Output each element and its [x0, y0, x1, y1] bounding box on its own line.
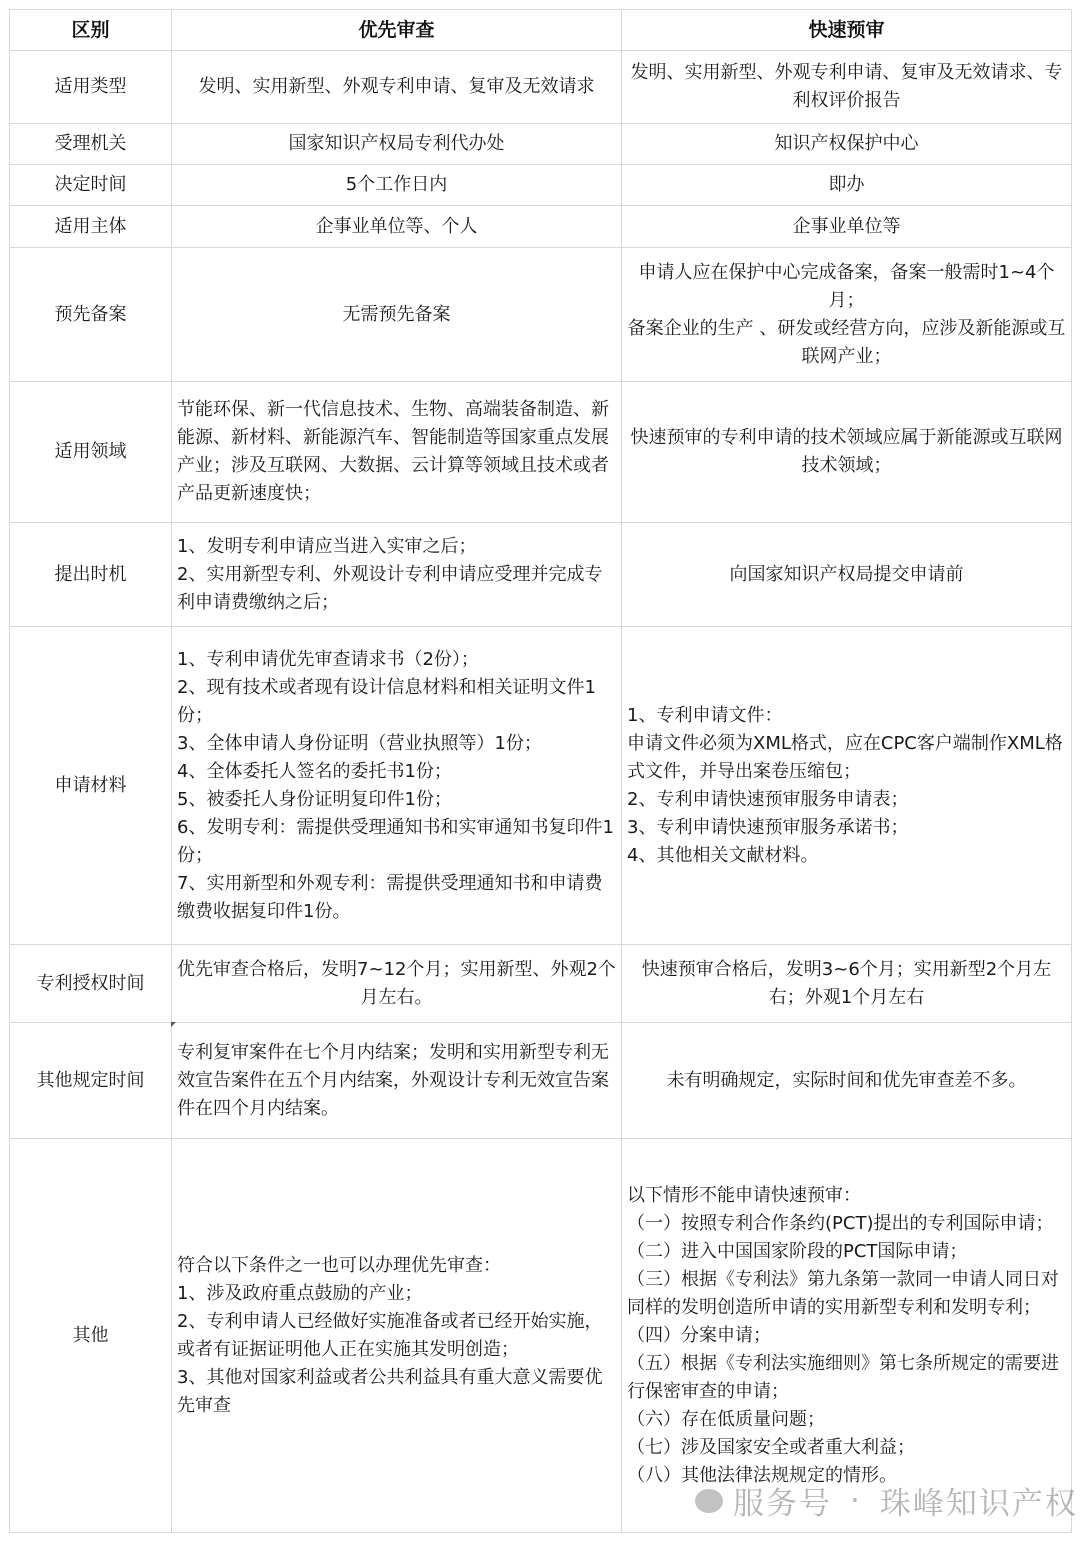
cell-line: 7、实用新型和外观专利：需提供受理通知书和申请费缴费收据复印件1份。: [177, 870, 616, 926]
row-label: 适用主体: [10, 206, 172, 248]
table-header-row: 区别 优先审查 快速预审: [10, 10, 1072, 51]
cell-line: 即办: [627, 171, 1066, 199]
cell-line: 快速预审合格后，发明3~6个月；实用新型2个月左右；外观1个月左右: [627, 956, 1066, 1012]
fast-cell: 知识产权保护中心: [622, 124, 1072, 165]
cell-line: 申请人应在保护中心完成备案，备案一般需时1~4个月；: [627, 259, 1066, 315]
priority-cell: 1、专利申请优先审查请求书（2份）；2、现有技术或者现有设计信息材料和相关证明文…: [172, 627, 622, 945]
cell-line: 知识产权保护中心: [627, 130, 1066, 158]
comparison-table-container: 区别 优先审查 快速预审 适用类型发明、实用新型、外观专利申请、复审及无效请求发…: [9, 9, 1071, 1533]
priority-cell: 国家知识产权局专利代办处: [172, 124, 622, 165]
cell-line: （一）按照专利合作条约(PCT)提出的专利国际申请；: [627, 1210, 1066, 1238]
cell-line: 2、专利申请快速预审服务申请表；: [627, 786, 1066, 814]
cell-line: 6、发明专利：需提供受理通知书和实审通知书复印件1份；: [177, 814, 616, 870]
cell-line: 以下情形不能申请快速预审：: [627, 1182, 1066, 1210]
cell-line: 4、全体委托人签名的委托书1份；: [177, 758, 616, 786]
priority-cell: 专利复审案件在七个月内结案；发明和实用新型专利无效宣告案件在五个月内结案，外观设…: [172, 1023, 622, 1139]
row-label: 适用领域: [10, 382, 172, 523]
cell-line: 快速预审的专利申请的技术领域应属于新能源或互联网技术领域；: [627, 424, 1066, 480]
cell-line: 企事业单位等: [627, 213, 1066, 241]
cell-line: 5、被委托人身份证明复印件1份；: [177, 786, 616, 814]
cell-line: 向国家知识产权局提交申请前: [627, 561, 1066, 589]
priority-cell: 企事业单位等、个人: [172, 206, 622, 248]
cell-line: 2、实用新型专利、外观设计专利申请应受理并完成专利申请费缴纳之后；: [177, 561, 616, 617]
comparison-table: 区别 优先审查 快速预审 适用类型发明、实用新型、外观专利申请、复审及无效请求发…: [9, 9, 1072, 1533]
cell-line: 申请文件必须为XML格式，应在CPC客户端制作XML格式文件，并导出案卷压缩包；: [627, 730, 1066, 786]
row-label: 适用类型: [10, 51, 172, 124]
cell-line: （三）根据《专利法》第九条第一款同一申请人同日对同样的发明创造所申请的实用新型专…: [627, 1266, 1066, 1322]
cell-line: （二）进入中国国家阶段的PCT国际申请；: [627, 1238, 1066, 1266]
cell-line: 1、涉及政府重点鼓励的产业；: [177, 1280, 616, 1308]
table-row: 适用领域节能环保、新一代信息技术、生物、高端装备制造、新能源、新材料、新能源汽车…: [10, 382, 1072, 523]
cell-line: 5个工作日内: [177, 171, 616, 199]
priority-cell: 1、发明专利申请应当进入实审之后；2、实用新型专利、外观设计专利申请应受理并完成…: [172, 523, 622, 627]
cell-line: 符合以下条件之一也可以办理优先审查：: [177, 1252, 616, 1280]
cell-line: 1、专利申请优先审查请求书（2份）；: [177, 646, 616, 674]
fast-cell: 向国家知识产权局提交申请前: [622, 523, 1072, 627]
row-label: 申请材料: [10, 627, 172, 945]
header-fast-pre-examination: 快速预审: [622, 10, 1072, 51]
priority-cell: 符合以下条件之一也可以办理优先审查：1、涉及政府重点鼓励的产业；2、专利申请人已…: [172, 1139, 622, 1533]
priority-cell: 5个工作日内: [172, 165, 622, 206]
cell-line: 1、发明专利申请应当进入实审之后；: [177, 533, 616, 561]
priority-cell: 优先审查合格后，发明7~12个月；实用新型、外观2个月左右。: [172, 945, 622, 1023]
table-row: 提出时机1、发明专利申请应当进入实审之后；2、实用新型专利、外观设计专利申请应受…: [10, 523, 1072, 627]
cell-line: （六）存在低质量问题；: [627, 1406, 1066, 1434]
row-label: 预先备案: [10, 248, 172, 382]
row-label: 专利授权时间: [10, 945, 172, 1023]
table-row: 预先备案无需预先备案申请人应在保护中心完成备案，备案一般需时1~4个月；备案企业…: [10, 248, 1072, 382]
cell-line: 3、全体申请人身份证明（营业执照等）1份；: [177, 730, 616, 758]
header-difference: 区别: [10, 10, 172, 51]
cell-line: （七）涉及国家安全或者重大利益；: [627, 1434, 1066, 1462]
table-body: 适用类型发明、实用新型、外观专利申请、复审及无效请求发明、实用新型、外观专利申请…: [10, 51, 1072, 1533]
table-row: 适用类型发明、实用新型、外观专利申请、复审及无效请求发明、实用新型、外观专利申请…: [10, 51, 1072, 124]
fast-cell: 快速预审合格后，发明3~6个月；实用新型2个月左右；外观1个月左右: [622, 945, 1072, 1023]
priority-cell: 发明、实用新型、外观专利申请、复审及无效请求: [172, 51, 622, 124]
table-row: 其他规定时间专利复审案件在七个月内结案；发明和实用新型专利无效宣告案件在五个月内…: [10, 1023, 1072, 1139]
cell-line: （四）分案申请；: [627, 1322, 1066, 1350]
table-row: 受理机关国家知识产权局专利代办处知识产权保护中心: [10, 124, 1072, 165]
cell-line: 4、其他相关文献材料。: [627, 842, 1066, 870]
cell-line: 发明、实用新型、外观专利申请、复审及无效请求、专利权评价报告: [627, 59, 1066, 115]
cell-line: 备案企业的生产 、研发或经营方向，应涉及新能源或互联网产业；: [627, 315, 1066, 371]
cell-line: 企事业单位等、个人: [177, 213, 616, 241]
cell-line: 3、其他对国家利益或者公共利益具有重大意义需要优先审查: [177, 1364, 616, 1420]
priority-cell: 无需预先备案: [172, 248, 622, 382]
cell-line: 节能环保、新一代信息技术、生物、高端装备制造、新能源、新材料、新能源汽车、智能制…: [177, 396, 616, 508]
table-row: 专利授权时间优先审查合格后，发明7~12个月；实用新型、外观2个月左右。快速预审…: [10, 945, 1072, 1023]
row-label: 决定时间: [10, 165, 172, 206]
row-label: 提出时机: [10, 523, 172, 627]
table-row: 决定时间5个工作日内即办: [10, 165, 1072, 206]
cell-line: （八）其他法律法规规定的情形。: [627, 1462, 1066, 1490]
cell-line: 发明、实用新型、外观专利申请、复审及无效请求: [177, 73, 616, 101]
row-label: 其他规定时间: [10, 1023, 172, 1139]
fast-cell: 企事业单位等: [622, 206, 1072, 248]
fast-cell: 1、专利申请文件：申请文件必须为XML格式，应在CPC客户端制作XML格式文件，…: [622, 627, 1072, 945]
fast-cell: 发明、实用新型、外观专利申请、复审及无效请求、专利权评价报告: [622, 51, 1072, 124]
cell-line: 国家知识产权局专利代办处: [177, 130, 616, 158]
cell-line: 未有明确规定，实际时间和优先审查差不多。: [627, 1067, 1066, 1095]
comment-marker-icon: [171, 1022, 176, 1027]
fast-cell: 快速预审的专利申请的技术领域应属于新能源或互联网技术领域；: [622, 382, 1072, 523]
table-row: 其他符合以下条件之一也可以办理优先审查：1、涉及政府重点鼓励的产业；2、专利申请…: [10, 1139, 1072, 1533]
fast-cell: 即办: [622, 165, 1072, 206]
cell-line: 1、专利申请文件：: [627, 702, 1066, 730]
cell-line: 优先审查合格后，发明7~12个月；实用新型、外观2个月左右。: [177, 956, 616, 1012]
row-label: 受理机关: [10, 124, 172, 165]
cell-line: 无需预先备案: [177, 301, 616, 329]
fast-cell: 以下情形不能申请快速预审：（一）按照专利合作条约(PCT)提出的专利国际申请；（…: [622, 1139, 1072, 1533]
cell-line: （五）根据《专利法实施细则》第七条所规定的需要进行保密审查的申请；: [627, 1350, 1066, 1406]
cell-line: 2、现有技术或者现有设计信息材料和相关证明文件1份；: [177, 674, 616, 730]
table-row: 申请材料1、专利申请优先审查请求书（2份）；2、现有技术或者现有设计信息材料和相…: [10, 627, 1072, 945]
row-label: 其他: [10, 1139, 172, 1533]
fast-cell: 申请人应在保护中心完成备案，备案一般需时1~4个月；备案企业的生产 、研发或经营…: [622, 248, 1072, 382]
header-priority-examination: 优先审查: [172, 10, 622, 51]
cell-line: 3、专利申请快速预审服务承诺书；: [627, 814, 1066, 842]
cell-line: 2、专利申请人已经做好实施准备或者已经开始实施，或者有证据证明他人正在实施其发明…: [177, 1308, 616, 1364]
cell-line: 专利复审案件在七个月内结案；发明和实用新型专利无效宣告案件在五个月内结案，外观设…: [177, 1039, 616, 1123]
fast-cell: 未有明确规定，实际时间和优先审查差不多。: [622, 1023, 1072, 1139]
priority-cell: 节能环保、新一代信息技术、生物、高端装备制造、新能源、新材料、新能源汽车、智能制…: [172, 382, 622, 523]
table-row: 适用主体企事业单位等、个人企事业单位等: [10, 206, 1072, 248]
